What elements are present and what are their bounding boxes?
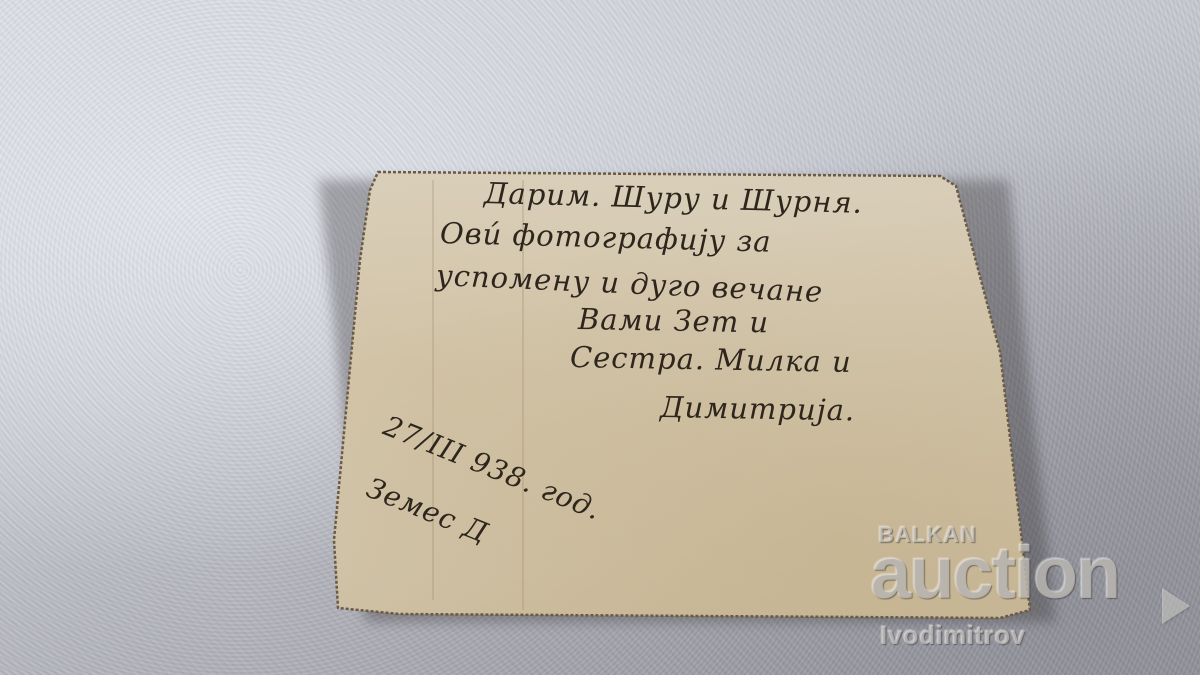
watermark-username: Ivodimitrov <box>880 620 1026 651</box>
watermark-auction: auction <box>870 530 1119 615</box>
handwriting-line-4: Вами Зет и <box>578 302 770 339</box>
card-fold-line <box>432 180 434 600</box>
watermark-play-arrow-icon <box>1162 588 1190 624</box>
handwriting-line-5: Сестра. Милка и <box>570 340 852 379</box>
handwriting-line-6: Димитрија. <box>660 390 856 427</box>
